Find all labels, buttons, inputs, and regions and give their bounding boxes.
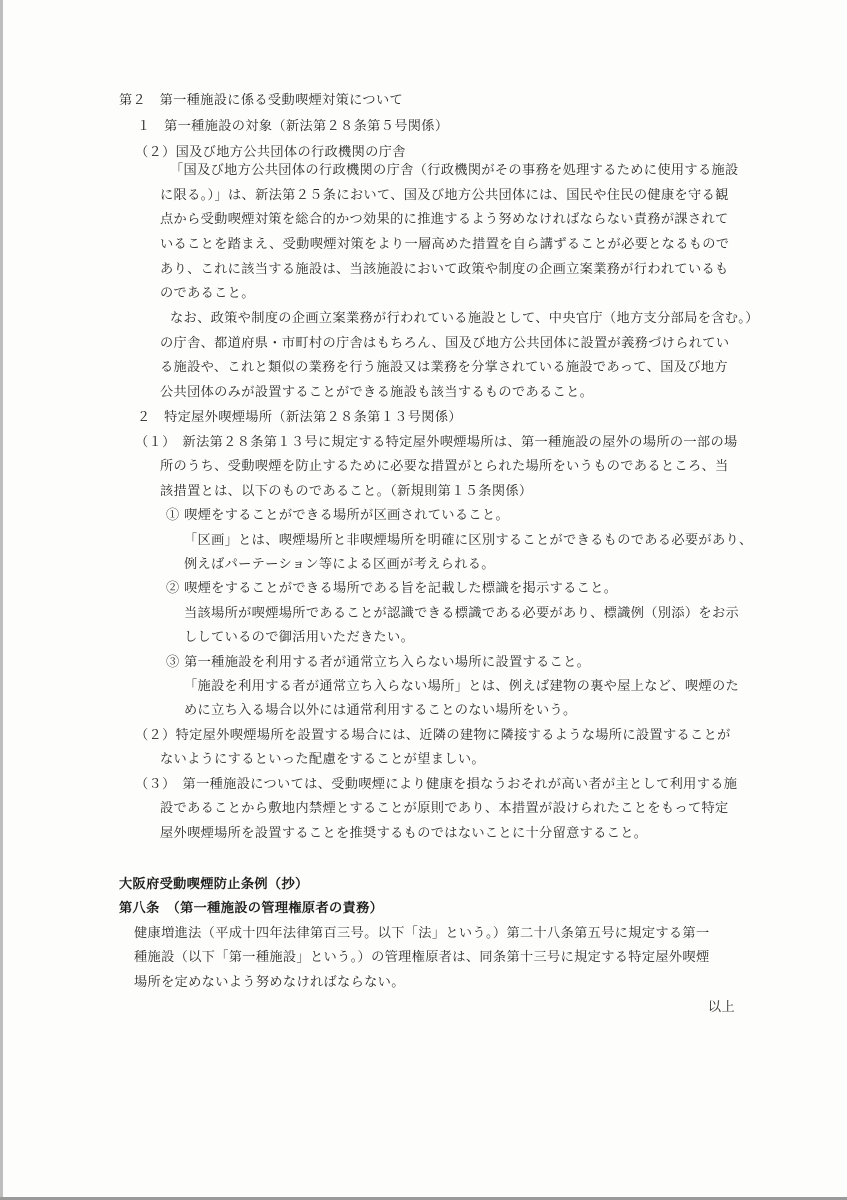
paragraph-line: 点から受動喫煙対策を総合的かつ効果的に推進するよう努めなければならない責務が課さ… (160, 211, 729, 229)
paragraph-line: る施設や、これと類似の業務を行う施設又は業務を分掌されている施設であって、国及び… (160, 359, 728, 377)
measure-note-line: 例えばパーテーション等による区画が考えられる。 (184, 556, 495, 574)
paragraph-line: 健康増進法（平成十四年法律第百三号。以下「法」という。）第二十八条第五号に規定す… (134, 925, 710, 943)
paragraph-line: のであること。 (160, 285, 255, 303)
measure-note-line: 「区画」とは、喫煙場所と非喫煙場所を明確に区別することができるものである必要があ… (184, 532, 753, 550)
item1-sub2-heading: （２）国及び地方公共団体の行政機関の庁舎 (135, 144, 406, 162)
paragraph-line: 該措置とは、以下のものであること。（新規則第１５条関係） (160, 483, 532, 501)
item1-heading: １ 第一種施設の対象（新法第２８条第５号関係） (137, 118, 448, 136)
measure-title: ① 喫煙をすることができる場所が区画されていること。 (166, 507, 509, 525)
paragraph-line: 場所を定めないよう努めなければならない。 (134, 974, 405, 992)
paragraph-line: （２）特定屋外喫煙場所を設置する場合には、近隣の建物に隣接するような場所に設置す… (135, 727, 731, 745)
closing-mark: 以上 (708, 999, 735, 1017)
paragraph-line: 「国及び地方公共団体の行政機関の庁舎（行政機関がその事務を処理するために使用する… (170, 162, 739, 180)
measure-title: ② 喫煙をすることができる場所である旨を記載した標識を掲示すること。 (166, 580, 617, 598)
paragraph-line: 設であることから敷地内禁煙とすることが原則であり、本措置が設けられたことをもって… (160, 800, 729, 818)
paragraph-line: 屋外喫煙場所を設置することを推奨するものではないことに十分留意すること。 (160, 825, 647, 843)
paragraph-line: （１） 新法第２８条第１３号に規定する特定屋外喫煙場所は、第一種施設の屋外の場所… (135, 434, 738, 452)
measure-note-line: 「施設を利用する者が通常立ち入らない場所」とは、例えば建物の裏や屋上など、喫煙の… (184, 678, 739, 696)
section-heading: 第２ 第一種施設に係る受動喫煙対策について (119, 92, 403, 110)
item2-heading: ２ 特定屋外喫煙場所（新法第２８条第１３号関係） (137, 409, 462, 427)
measure-note-line: めに立ち入る場合以外には通常利用することのない場所をいう。 (184, 702, 577, 720)
measure-note-line: ししているので御活用いただきたい。 (184, 629, 414, 647)
ordinance-title: 大阪府受動喫煙防止条例（抄） (119, 876, 309, 894)
paragraph-line: 所のうち、受動喫煙を防止するために必要な措置がとられた場所をいうものであるところ… (160, 458, 729, 476)
paragraph-line: ないようにするといった配慮をすることが望ましい。 (160, 751, 485, 769)
paragraph-line: いることを踏まえ、受動喫煙対策をより一層高めた措置を自ら講ずることが必要となるも… (160, 236, 729, 254)
measure-note-line: 当該場所が喫煙場所であることが認識できる標識である必要があり、標識例（別添）をお… (184, 605, 739, 623)
paragraph-line: 種施設（以下「第一種施設」という。）の管理権原者は、同条第十三号に規定する特定屋… (134, 949, 710, 967)
paragraph-line: あり、これに該当する施設は、当該施設において政策や制度の企画立案業務が行われてい… (160, 261, 729, 279)
paragraph-line: の庁舎、都道府県・市町村の庁舎はもちろん、国及び地方公共団体に設置が義務づけられ… (160, 335, 729, 353)
measure-title: ③ 第一種施設を利用する者が通常立ち入らない場所に設置すること。 (166, 654, 590, 672)
scan-page-edge-left (0, 0, 3, 1200)
article-heading: 第八条 （第一種施設の管理権原者の責務） (119, 900, 383, 918)
paragraph-line: （３） 第一種施設については、受動喫煙により健康を損なうおそれが高い者が主として… (135, 776, 737, 794)
paragraph-line: 公共団体のみが設置することができる施設も該当するものであること。 (160, 384, 593, 402)
paragraph-line: なお、政策や制度の企画立案業務が行われている施設として、中央官庁（地方支分部局を… (170, 310, 759, 328)
paragraph-line: に限る。）」は、新法第２５条において、国及び地方公共団体には、国民や住民の健康を… (160, 187, 729, 205)
